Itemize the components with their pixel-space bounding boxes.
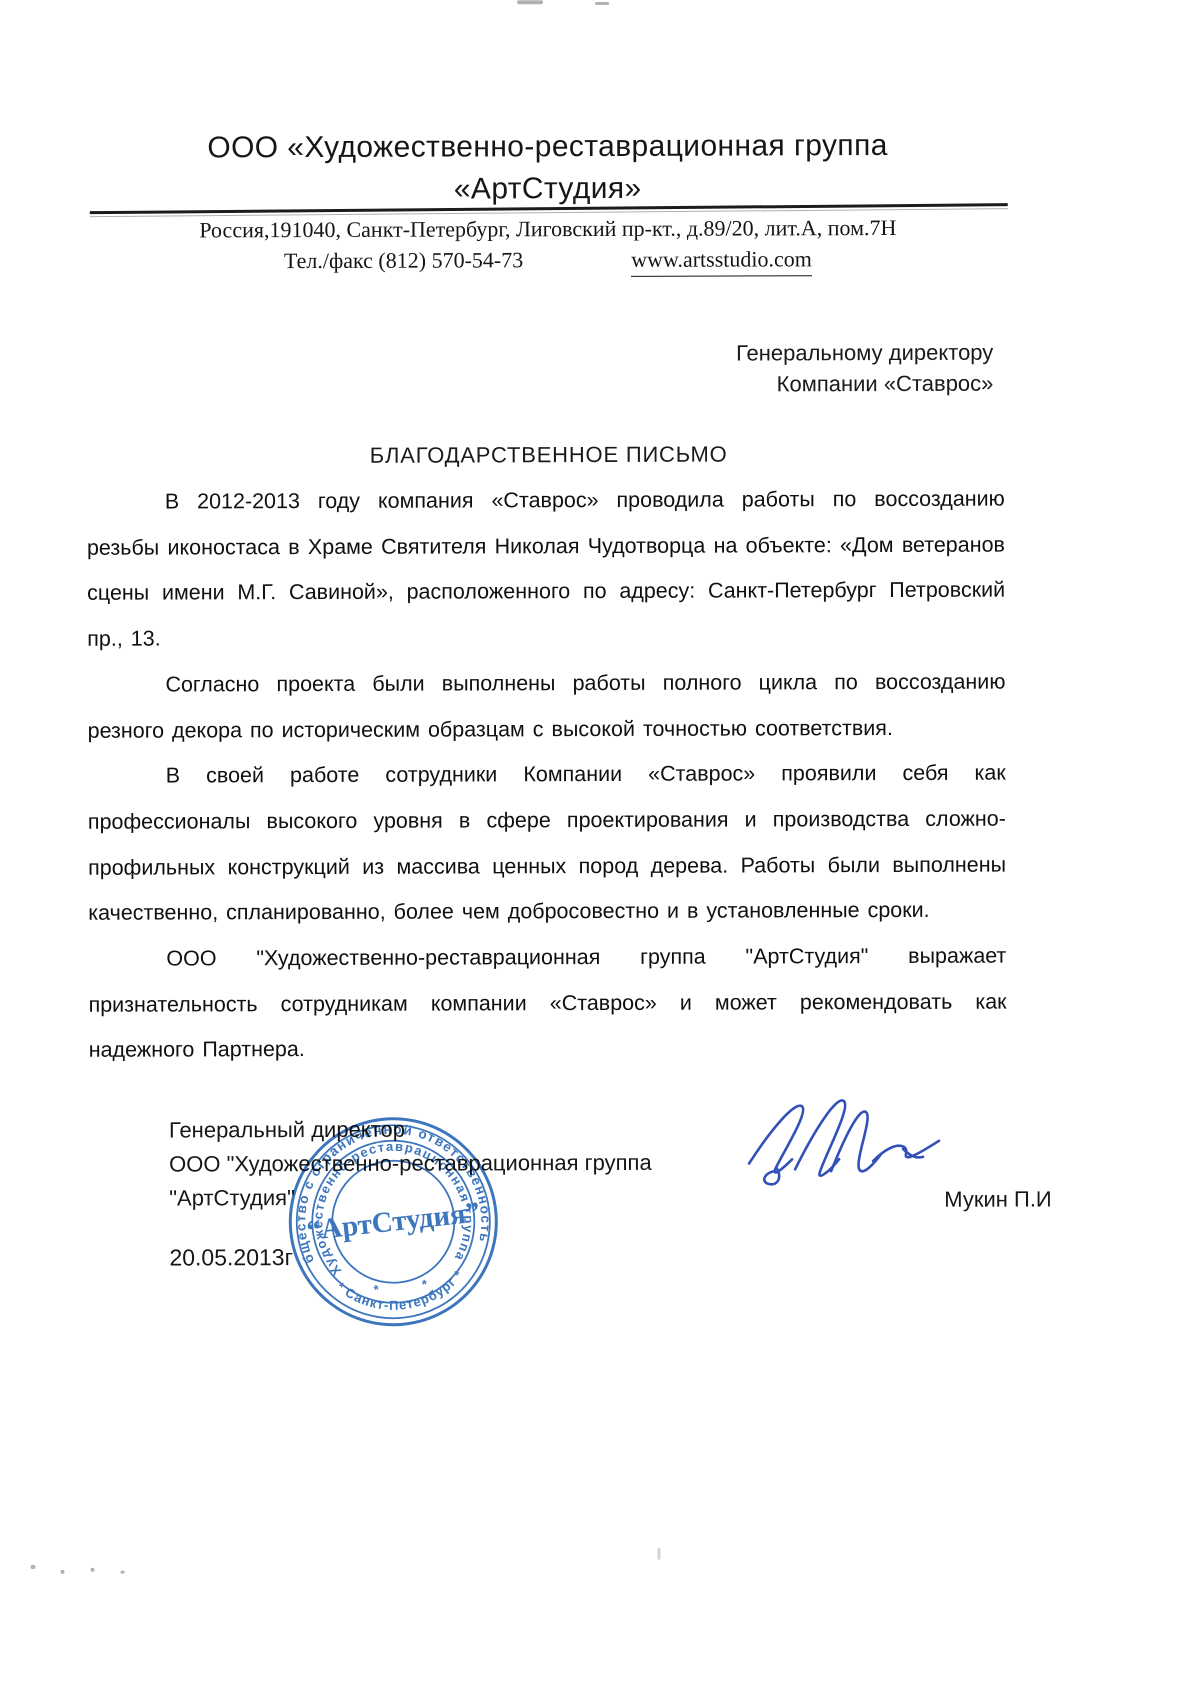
paragraph: Согласно проекта были выполнены работы п… — [87, 659, 1005, 754]
signer-name: Мукин П.И — [944, 1186, 1052, 1212]
contact-row: Тел./факс (812) 570-54-73 www.artsstudio… — [88, 244, 1008, 279]
recipient-line2: Компании «Ставрос» — [736, 368, 993, 400]
company-stamp-icon: Общество с ограниченной ответственностью… — [272, 1100, 514, 1342]
stamp-separator-star: * — [373, 1282, 381, 1298]
svg-text:* Санкт-Петербург *: * Санкт-Петербург * — [333, 1266, 470, 1320]
letter-title: БЛАГОДАРСТВЕННОЕ ПИСЬМО — [89, 441, 1009, 470]
scan-artifact — [657, 1548, 660, 1560]
letter-body: В 2012-2013 году компания «Ставрос» пров… — [87, 477, 1007, 1074]
website-link: www.artsstudio.com — [631, 244, 812, 277]
stamp-separator-star: * — [421, 1276, 429, 1292]
paragraph: В 2012-2013 году компания «Ставрос» пров… — [87, 477, 1006, 663]
scan-artifact — [595, 2, 609, 5]
company-name: ООО «Художественно-реставрационная групп… — [87, 125, 1007, 212]
paragraph: ООО "Художественно-реставрационная групп… — [88, 934, 1006, 1074]
scan-artifact — [517, 0, 543, 4]
paragraph: В своей работе сотрудники Компании «Став… — [88, 751, 1007, 937]
scan-artifact — [91, 1568, 95, 1572]
recipient-block: Генеральному директору Компании «Ставрос… — [736, 337, 993, 400]
letter-content: ООО «Художественно-реставрационная групп… — [0, 0, 1200, 1695]
phone-fax: Тел./факс (812) 570-54-73 — [284, 245, 523, 278]
scanned-letter-page: ООО «Художественно-реставрационная групп… — [0, 0, 1200, 1695]
scan-artifact — [31, 1565, 36, 1569]
recipient-line1: Генеральному директору — [736, 337, 993, 369]
company-name-line1: ООО «Художественно-реставрационная групп… — [87, 125, 1007, 170]
scan-artifact — [61, 1570, 65, 1574]
letter-date: 20.05.2013г — [169, 1244, 293, 1271]
handwritten-signature-icon — [743, 1077, 958, 1196]
scan-artifact — [121, 1571, 125, 1574]
company-address: Россия,191040, Санкт-Петербург, Лиговски… — [88, 213, 1008, 246]
stamp-outer-bottom-text: * Санкт-Петербург * — [333, 1266, 470, 1320]
stamp-center-text: “АртСтудия” — [305, 1196, 482, 1247]
